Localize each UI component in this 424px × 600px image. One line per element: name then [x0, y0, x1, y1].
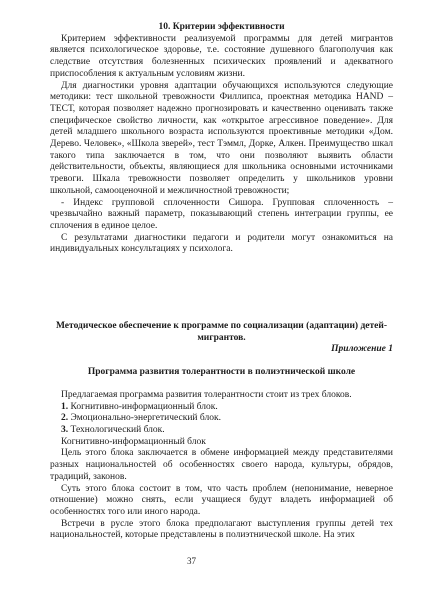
method-section-heading: Методическое обеспечение к программе по …: [50, 321, 393, 344]
section-gap: [50, 256, 393, 321]
method-paragraph-1: Цель этого блока заключается в обмене ин…: [50, 448, 393, 483]
program-intro-paragraph: Предлагаемая программа развития толерант…: [50, 390, 393, 402]
list-item-label: Технологический блок.: [71, 425, 165, 435]
list-item-number: 2.: [61, 413, 68, 423]
annex-label: Приложение 1: [50, 344, 393, 356]
list-item-number: 3.: [61, 425, 68, 435]
page-number: 37: [50, 556, 333, 567]
document-page: 10. Критерии эффективности Критерием эфф…: [0, 0, 424, 600]
program-block-list-item-3: 3. Технологический блок.: [50, 425, 393, 437]
criteria-paragraph-4: С результатами диагностики педагоги и ро…: [50, 233, 393, 256]
criteria-paragraph-2: Для диагностики уровня адаптации обучающ…: [50, 81, 393, 198]
list-item-label: Когнитивно-информационный блок.: [71, 402, 218, 412]
program-block-list-item-1: 1. Когнитивно-информационный блок.: [50, 402, 393, 414]
criteria-paragraph-1: Критерием эффективности реализуемой прог…: [50, 34, 393, 81]
method-paragraph-3: Встречи в русле этого блока предполагают…: [50, 519, 393, 542]
cognitive-block-subheading: Когнитивно-информационный блок: [50, 437, 393, 449]
criteria-paragraph-3: - Индекс групповой сплоченности Сишора. …: [50, 198, 393, 233]
criteria-section-heading: 10. Критерии эффективности: [50, 22, 393, 34]
list-item-number: 1.: [61, 402, 68, 412]
method-paragraph-2: Суть этого блока состоит в том, что част…: [50, 484, 393, 519]
list-item-label: Эмоционально-энергетический блок.: [71, 413, 221, 423]
program-block-list-item-2: 2. Эмоционально-энергетический блок.: [50, 413, 393, 425]
program-heading: Программа развития толерантности в полиэ…: [50, 367, 393, 379]
